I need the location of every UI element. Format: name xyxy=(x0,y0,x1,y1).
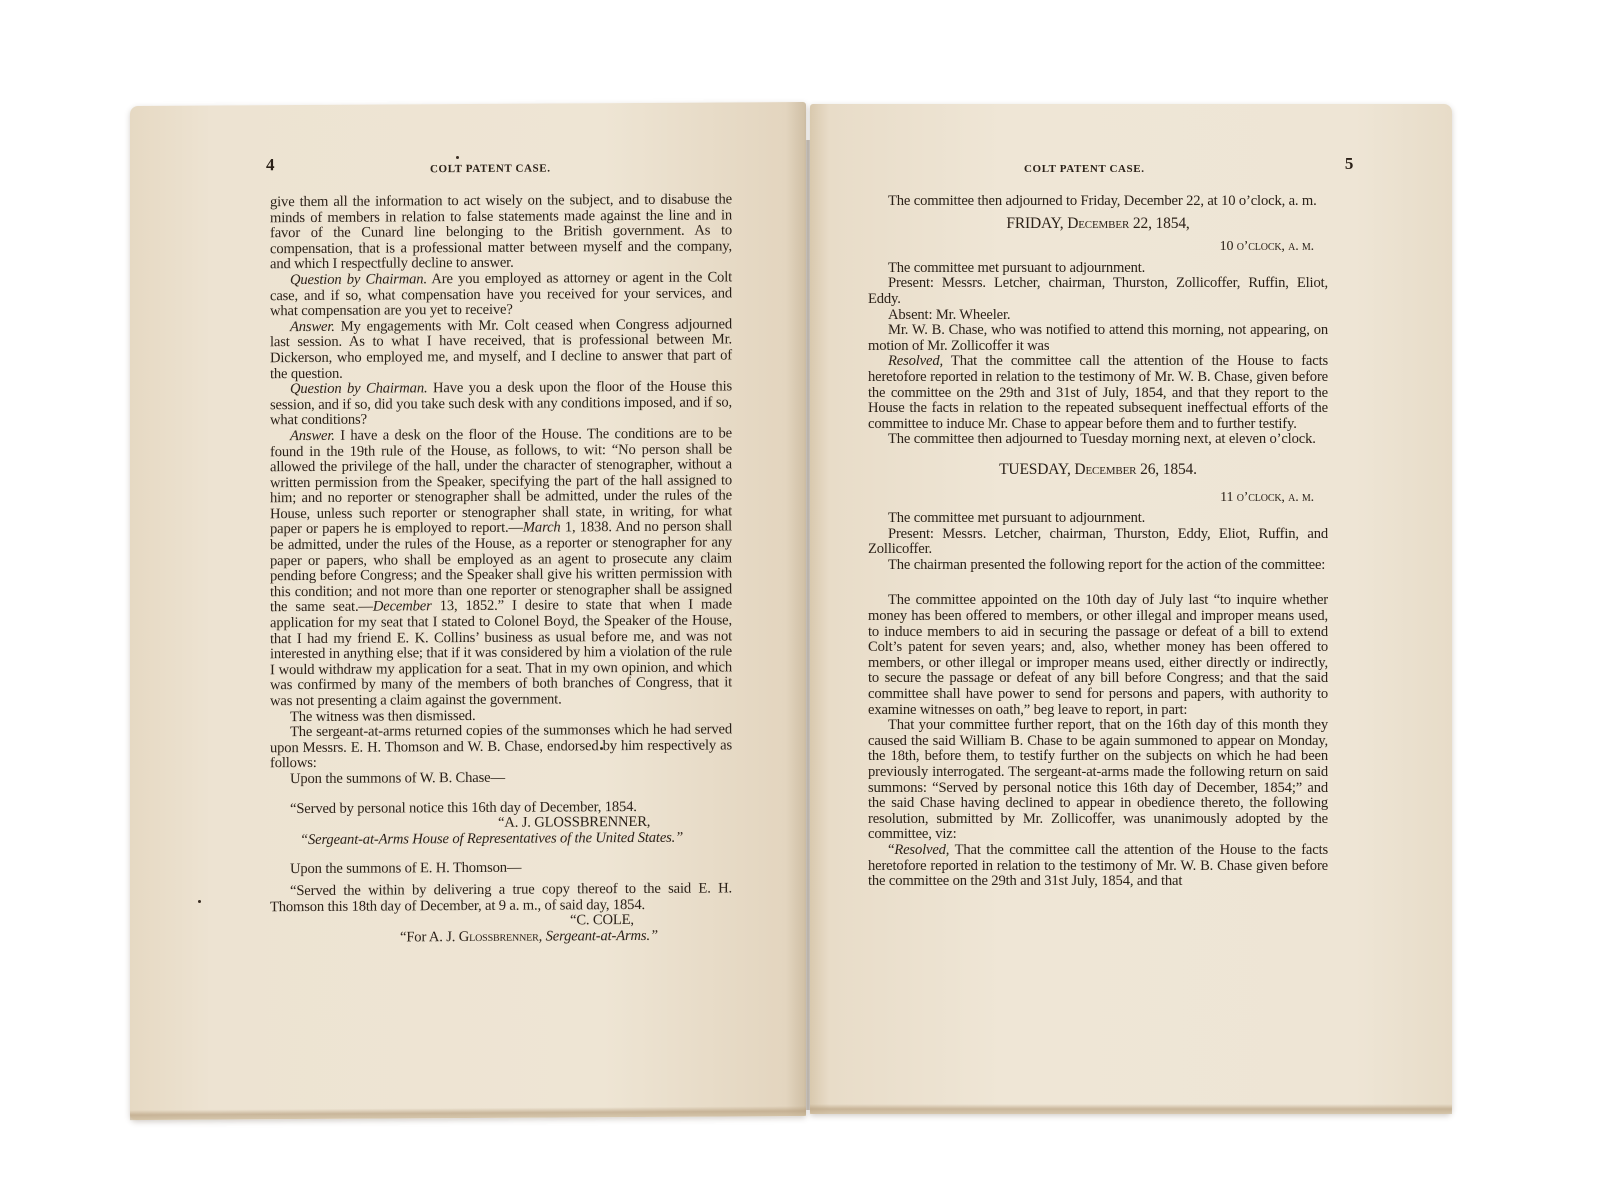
question-paragraph: Question by Chairman. Are you employed a… xyxy=(270,270,732,320)
paragraph: The chairman presented the following rep… xyxy=(868,558,1328,574)
left-page-text: 4 COLT PATENT CASE. give them all the in… xyxy=(270,160,732,946)
session-time: 10 o’clock, a. m. xyxy=(868,239,1314,255)
answer-paragraph: Answer. My engagements with Mr. Colt cea… xyxy=(270,317,732,382)
present-list: Present: Messrs. Letcher, chairman, Thur… xyxy=(868,527,1328,558)
heading-month: December xyxy=(1074,461,1136,478)
page-number: 4 xyxy=(266,157,275,173)
answer-label: Answer. xyxy=(290,428,335,444)
report-resolution: “Resolved, That the committee call the a… xyxy=(868,843,1328,890)
paragraph: The committee met pursuant to adjournmen… xyxy=(868,511,1328,527)
ink-speck xyxy=(456,156,459,159)
paragraph: The committee met pursuant to adjournmen… xyxy=(868,261,1328,277)
left-page: 4 COLT PATENT CASE. give them all the in… xyxy=(130,102,806,1120)
heading-day: FRIDAY, xyxy=(1006,215,1067,232)
right-page-text: COLT PATENT CASE. 5 The committee then a… xyxy=(868,162,1328,890)
absent-list: Absent: Mr. Wheeler. xyxy=(868,308,1328,324)
for-prefix: “For A. J. xyxy=(400,929,459,945)
page-edge xyxy=(130,1106,806,1120)
heading-month: December xyxy=(1067,215,1129,232)
resolved-label: Resolved, xyxy=(894,842,949,858)
running-head: 4 COLT PATENT CASE. xyxy=(270,160,732,195)
running-title: COLT PATENT CASE. xyxy=(430,161,551,177)
session-time: 11 o’clock, a. m. xyxy=(868,490,1314,506)
thomson-return-for: “For A. J. Glossbrenner, Sergeant-at-Arm… xyxy=(270,928,732,946)
thomson-return-served: “Served the within by delivering a true … xyxy=(270,881,732,915)
chase-return-title: “Sergeant-at-Arms House of Representativ… xyxy=(270,830,732,848)
running-title: COLT PATENT CASE. xyxy=(1024,162,1145,178)
book-spread: 4 COLT PATENT CASE. give them all the in… xyxy=(0,0,1600,1200)
report-paragraph: That your committee further report, that… xyxy=(868,718,1328,843)
paragraph: The committee then adjourned to Friday, … xyxy=(868,194,1328,210)
resolution: Resolved, That the committee call the at… xyxy=(868,354,1328,432)
resolved-label: Resolved, xyxy=(888,353,943,369)
heading-rest: 22, 1854, xyxy=(1129,215,1190,232)
section-heading-friday: FRIDAY, December 22, 1854, xyxy=(868,216,1328,232)
for-title: , Sergeant-at-Arms.” xyxy=(539,928,658,945)
question-label: Question by Chairman. xyxy=(290,380,427,397)
page-edge xyxy=(810,1104,1452,1114)
heading-day: TUESDAY, xyxy=(999,461,1074,478)
report-paragraph: The committee appointed on the 10th day … xyxy=(868,593,1328,718)
running-head: COLT PATENT CASE. 5 xyxy=(868,162,1328,194)
paragraph: Mr. W. B. Chase, who was notified to att… xyxy=(868,323,1328,354)
right-page: COLT PATENT CASE. 5 The committee then a… xyxy=(810,104,1452,1114)
rule-date: March xyxy=(523,520,561,536)
ink-speck xyxy=(198,900,201,903)
question-label: Question by Chairman. xyxy=(290,271,427,288)
answer-paragraph: Answer. I have a desk on the floor of th… xyxy=(270,426,732,710)
answer-text: My engagements with Mr. Colt ceased when… xyxy=(270,316,732,382)
paragraph: The committee then adjourned to Tuesday … xyxy=(868,432,1328,448)
present-list: Present: Messrs. Letcher, chairman, Thur… xyxy=(868,276,1328,307)
rule-date: December xyxy=(373,599,432,615)
for-name: Glossbrenner xyxy=(459,928,539,944)
paragraph: The sergeant-at-arms returned copies of … xyxy=(270,723,732,773)
page-number: 5 xyxy=(1345,156,1354,172)
section-heading-tuesday: TUESDAY, December 26, 1854. xyxy=(868,462,1328,478)
question-paragraph: Question by Chairman. Have you a desk up… xyxy=(270,380,732,430)
paragraph: give them all the information to act wis… xyxy=(270,192,732,273)
answer-label: Answer. xyxy=(290,319,335,335)
heading-rest: 26, 1854. xyxy=(1136,461,1197,478)
ink-speck xyxy=(600,747,603,750)
